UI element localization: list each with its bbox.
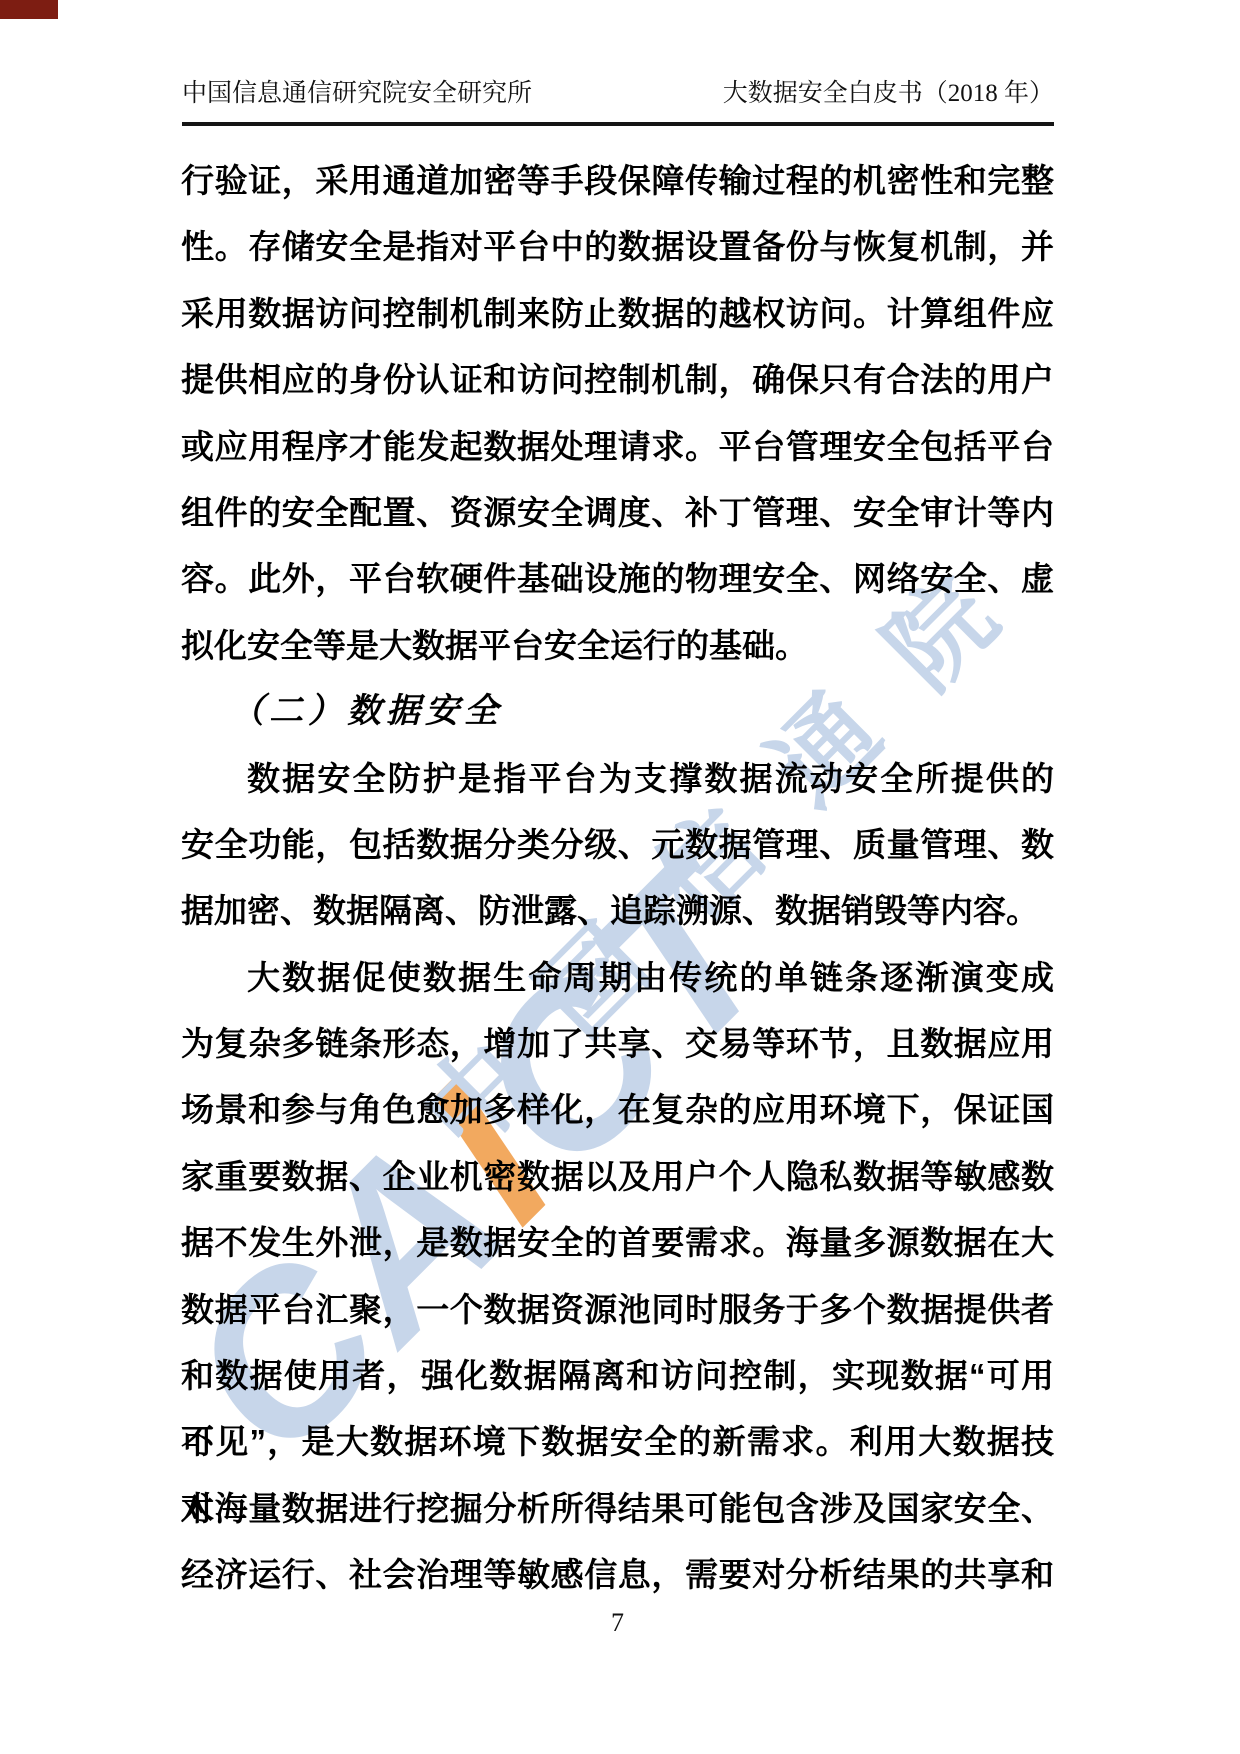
- text-line: 采用数据访问控制机制来防止数据的越权访问。计算组件应: [181, 281, 1054, 347]
- header-right-doc-title: 大数据安全白皮书（2018 年）: [723, 78, 1054, 110]
- document-page: CAICT 中国信通院 中国信息通信研究院安全研究所 大数据安全白皮书（2018…: [0, 0, 1240, 1754]
- text-line: 据加密、数据隔离、防泄露、追踪溯源、数据销毁等内容。: [181, 878, 1054, 944]
- header-left-org-name: 中国信息通信研究院安全研究所: [182, 78, 532, 110]
- text-line: 和数据使用者，强化数据隔离和访问控制，实现数据“可用不: [181, 1343, 1054, 1409]
- text-line: 对海量数据进行挖掘分析所得结果可能包含涉及国家安全、: [181, 1476, 1054, 1542]
- text-line: 数据平台汇聚，一个数据资源池同时服务于多个数据提供者: [181, 1277, 1054, 1343]
- section-heading: （二）数据安全: [181, 679, 1054, 745]
- page-footer: 7: [181, 1608, 1054, 1638]
- text-line: 组件的安全配置、资源安全调度、补丁管理、安全审计等内: [181, 480, 1054, 546]
- text-line: 大数据促使数据生命周期由传统的单链条逐渐演变成: [181, 945, 1054, 1011]
- text-line: 据不发生外泄，是数据安全的首要需求。海量多源数据在大: [181, 1210, 1054, 1276]
- page-header: 中国信息通信研究院安全研究所 大数据安全白皮书（2018 年）: [182, 78, 1054, 126]
- text-line: 为复杂多链条形态，增加了共享、交易等环节，且数据应用: [181, 1011, 1054, 1077]
- text-line: 安全功能，包括数据分类分级、元数据管理、质量管理、数: [181, 812, 1054, 878]
- text-line: 数据安全防护是指平台为支撑数据流动安全所提供的: [181, 746, 1054, 812]
- text-line: 或应用程序才能发起数据处理请求。平台管理安全包括平台: [181, 414, 1054, 480]
- text-line: 可见”，是大数据环境下数据安全的新需求。利用大数据技术: [181, 1409, 1054, 1475]
- page-number: 7: [611, 1608, 624, 1637]
- text-line: 容。此外，平台软硬件基础设施的物理安全、网络安全、虚: [181, 546, 1054, 612]
- text-line: 提供相应的身份认证和访问控制机制，确保只有合法的用户: [181, 347, 1054, 413]
- text-line: 经济运行、社会治理等敏感信息，需要对分析结果的共享和: [181, 1542, 1054, 1608]
- scan-corner-artifact: [0, 0, 58, 19]
- body-text: 行验证，采用通道加密等手段保障传输过程的机密性和完整性。存储安全是指对平台中的数…: [181, 148, 1054, 1609]
- text-line: 性。存储安全是指对平台中的数据设置备份与恢复机制，并: [181, 214, 1054, 280]
- text-line: 家重要数据、企业机密数据以及用户个人隐私数据等敏感数: [181, 1144, 1054, 1210]
- text-line: 拟化安全等是大数据平台安全运行的基础。: [181, 613, 1054, 679]
- text-line: 场景和参与角色愈加多样化，在复杂的应用环境下，保证国: [181, 1077, 1054, 1143]
- text-line: 行验证，采用通道加密等手段保障传输过程的机密性和完整: [181, 148, 1054, 214]
